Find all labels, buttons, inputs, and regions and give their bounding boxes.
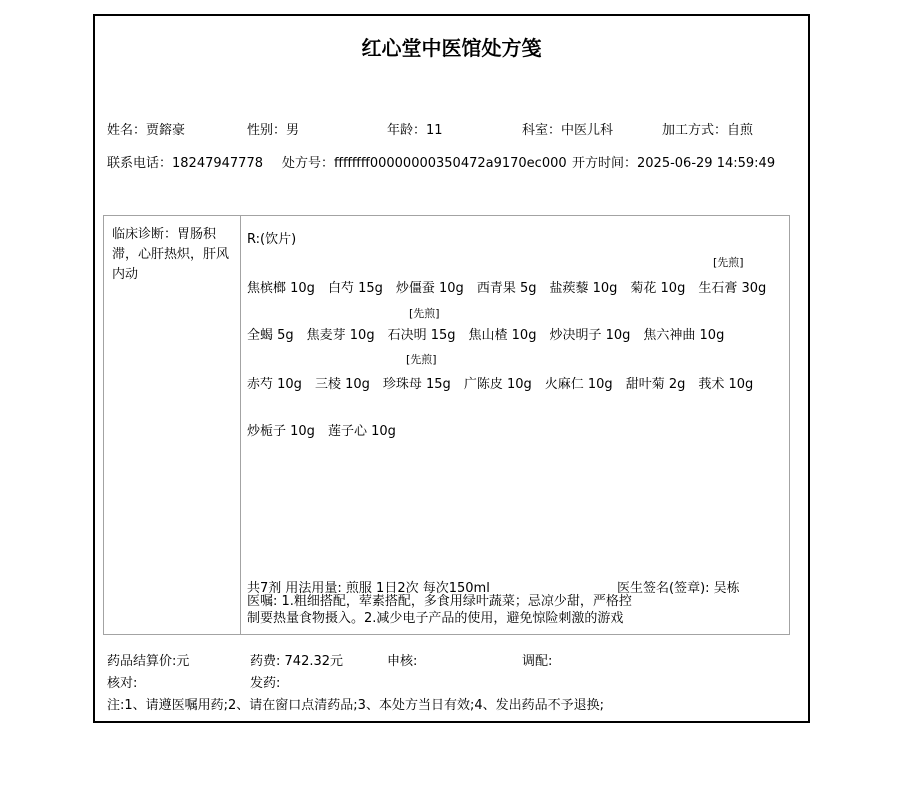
herb-line-4: 炒栀子 10g莲子心 10g [247, 420, 409, 439]
prescription-number-label: 处方号： [282, 156, 334, 171]
herb-item: 广陈皮 10g [464, 377, 532, 392]
patient-phone-value: 18247947778 [172, 156, 263, 171]
herb-item: 莪术 10g [698, 377, 753, 392]
herb-item: 珍珠母 15g [383, 377, 451, 392]
issue-field: 发药: [250, 672, 280, 691]
herb-item: 炒决明子 10g [549, 328, 630, 343]
prescription-number-value: ffffffff00000000350472a9170ec000 [334, 156, 567, 171]
clinical-diagnosis-label: 临床诊断： [112, 227, 177, 242]
pre-decoct-tag-3: [先煎] [406, 351, 437, 367]
herb-item: 甜叶菊 2g [626, 377, 686, 392]
herb-item: 三棱 10g [315, 377, 370, 392]
review-field: 申核: [387, 650, 417, 669]
patient-age-label: 年龄： [387, 123, 426, 138]
patient-age-value: 11 [426, 123, 443, 138]
pre-decoct-tag-1: [先煎] [713, 254, 744, 270]
herb-item: 白芍 15g [328, 281, 383, 296]
herb-item: 菊花 10g [630, 281, 685, 296]
herb-item: 西青果 5g [477, 281, 537, 296]
prescription-number: 处方号：ffffffff00000000350472a9170ec000 [282, 152, 567, 171]
processing-method: 加工方式：自煎 [662, 119, 753, 138]
herb-item: 石决明 15g [388, 328, 456, 343]
prescription-time: 开方时间：2025-06-29 14:59:49 [572, 152, 775, 171]
medical-advice: 医嘱: 1.粗细搭配，荤素搭配，多食用绿叶蔬菜；忌凉少甜，严格控制要热量食物摄入… [247, 593, 639, 627]
patient-gender: 性别：男 [247, 119, 299, 138]
herb-line-1: 焦槟榔 10g白芍 15g炒僵蚕 10g西青果 5g盐蒺藜 10g菊花 10g生… [247, 277, 779, 296]
patient-department-value: 中医儿科 [561, 123, 613, 138]
patient-name: 姓名：贾鎔豪 [107, 119, 185, 138]
processing-method-label: 加工方式： [662, 123, 727, 138]
prescription-time-label: 开方时间： [572, 156, 637, 171]
prescription-body-box: 临床诊断：胃肠积滞，心肝热炽，肝风内动 R:(饮片) [先煎] 焦槟榔 10g白… [103, 215, 790, 635]
page-title: 红心堂中医馆处方笺 [95, 32, 808, 61]
herb-item: 焦槟榔 10g [247, 281, 315, 296]
patient-phone-label: 联系电话： [107, 156, 172, 171]
medicine-fee: 药费: 742.32元 [250, 650, 343, 669]
herb-item: 焦六神曲 10g [643, 328, 724, 343]
dispense-field: 调配: [522, 650, 552, 669]
patient-gender-value: 男 [286, 123, 299, 138]
rx-column: R:(饮片) [先煎] 焦槟榔 10g白芍 15g炒僵蚕 10g西青果 5g盐蒺… [241, 216, 789, 634]
herb-item: 炒栀子 10g [247, 424, 315, 439]
patient-phone: 联系电话：18247947778 [107, 152, 263, 171]
pre-decoct-tag-2: [先煎] [409, 305, 440, 321]
patient-name-label: 姓名： [107, 123, 146, 138]
prescription-time-value: 2025-06-29 14:59:49 [637, 156, 775, 171]
doctor-signature-name: 吴栋 [714, 581, 740, 596]
herb-item: 盐蒺藜 10g [549, 281, 617, 296]
herb-item: 焦麦芽 10g [307, 328, 375, 343]
herb-line-3: 赤芍 10g三棱 10g珍珠母 15g广陈皮 10g火麻仁 10g甜叶菊 2g莪… [247, 373, 766, 392]
medicine-fee-value: 742.32元 [285, 654, 344, 669]
footer-note: 注:1、请遵医嘱用药;2、请在窗口点清药品;3、本处方当日有效;4、发出药品不予… [107, 694, 604, 713]
herb-line-2: 全蝎 5g焦麦芽 10g石决明 15g焦山楂 10g炒决明子 10g焦六神曲 1… [247, 324, 737, 343]
clinical-diagnosis: 临床诊断：胃肠积滞，心肝热炽，肝风内动 [104, 216, 241, 634]
processing-method-value: 自煎 [727, 123, 753, 138]
herb-item: 全蝎 5g [247, 328, 294, 343]
herb-item: 炒僵蚕 10g [396, 281, 464, 296]
prescription-sheet: 红心堂中医馆处方笺 姓名：贾鎔豪 性别：男 年龄：11 科室：中医儿科 加工方式… [93, 14, 810, 723]
patient-name-value: 贾鎔豪 [146, 123, 185, 138]
herb-item: 火麻仁 10g [545, 377, 613, 392]
patient-department: 科室：中医儿科 [522, 119, 613, 138]
patient-gender-label: 性别： [247, 123, 286, 138]
patient-age: 年龄：11 [387, 119, 443, 138]
check-field: 核对: [107, 672, 137, 691]
herb-item: 生石膏 30g [698, 281, 766, 296]
herb-item: 焦山楂 10g [469, 328, 537, 343]
patient-department-label: 科室： [522, 123, 561, 138]
settle-price: 药品结算价:元 [107, 650, 189, 669]
rx-header: R:(饮片) [247, 228, 296, 247]
medicine-fee-label: 药费: [250, 654, 280, 669]
herb-item: 赤芍 10g [247, 377, 302, 392]
herb-item: 莲子心 10g [328, 424, 396, 439]
